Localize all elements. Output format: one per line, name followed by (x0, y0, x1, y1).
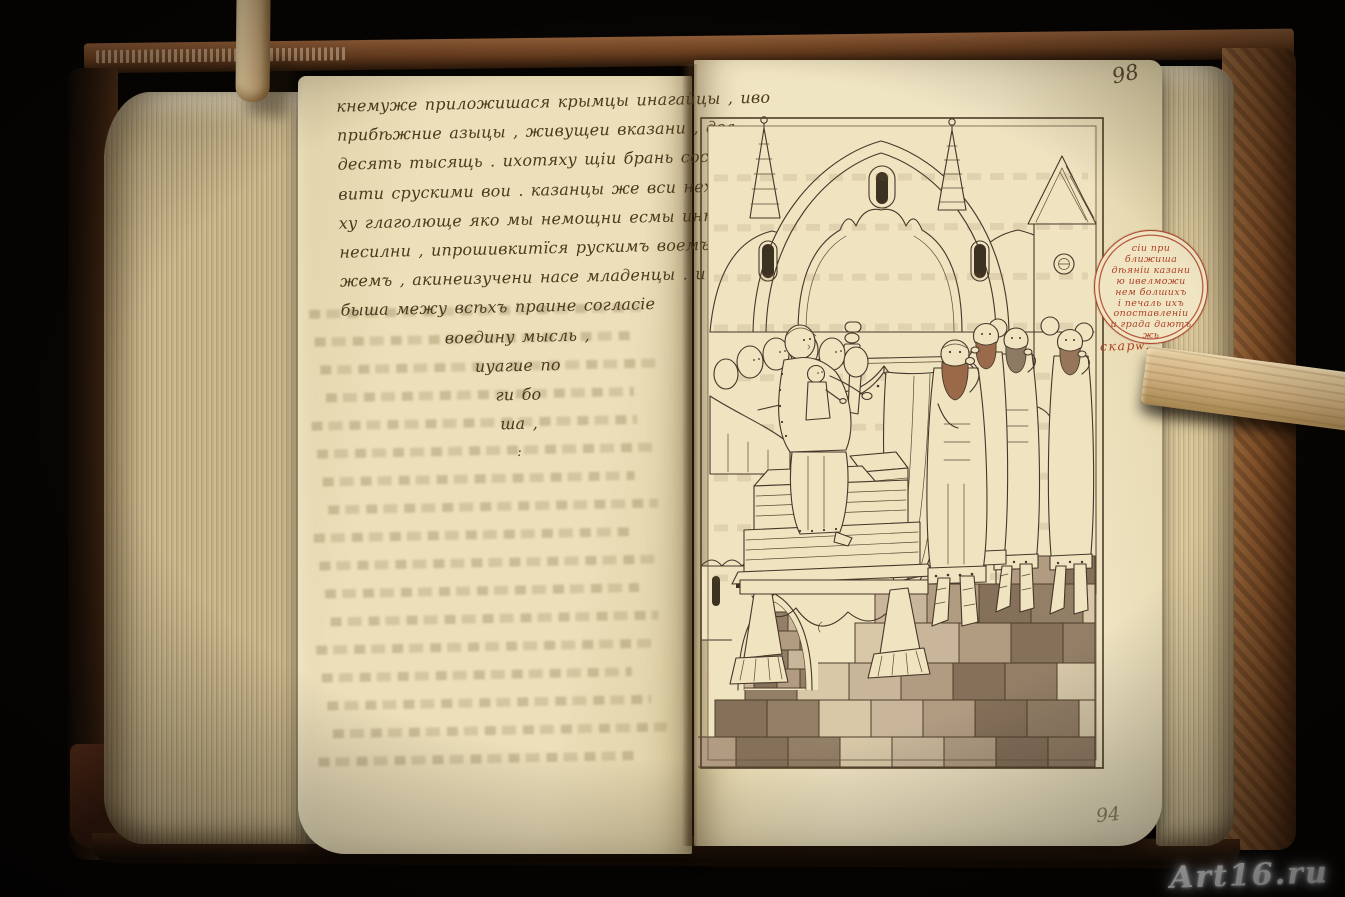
window-slit (974, 244, 986, 278)
manuscript-text-block: кнемуже приложишася крымцы инагайцы , ив… (336, 84, 696, 471)
child-body (806, 382, 830, 420)
medallion-line: ю ивелможи (1095, 277, 1207, 288)
red-gloss-word: скарѡ. (1100, 337, 1151, 355)
leather-tooling-band (96, 47, 346, 63)
manuscript-photo: кнемуже приложишася крымцы инагайцы , ив… (0, 0, 1345, 897)
child-head (808, 366, 825, 383)
wooden-marker-stick-top (235, 0, 270, 102)
page-block-foredge-right (1156, 66, 1234, 846)
folio-number-pencil: 94 (1095, 803, 1121, 827)
red-caption-medallion: сіи при ближиша дѣяніи казани ю ивелможи… (1094, 230, 1208, 344)
window-slit (762, 244, 774, 278)
miniature-illustration (698, 114, 1106, 774)
medallion-line: нем болшихъ (1095, 288, 1207, 299)
photo-watermark: Art16.ru (1170, 855, 1330, 896)
page-block-foredge-left (104, 92, 330, 844)
